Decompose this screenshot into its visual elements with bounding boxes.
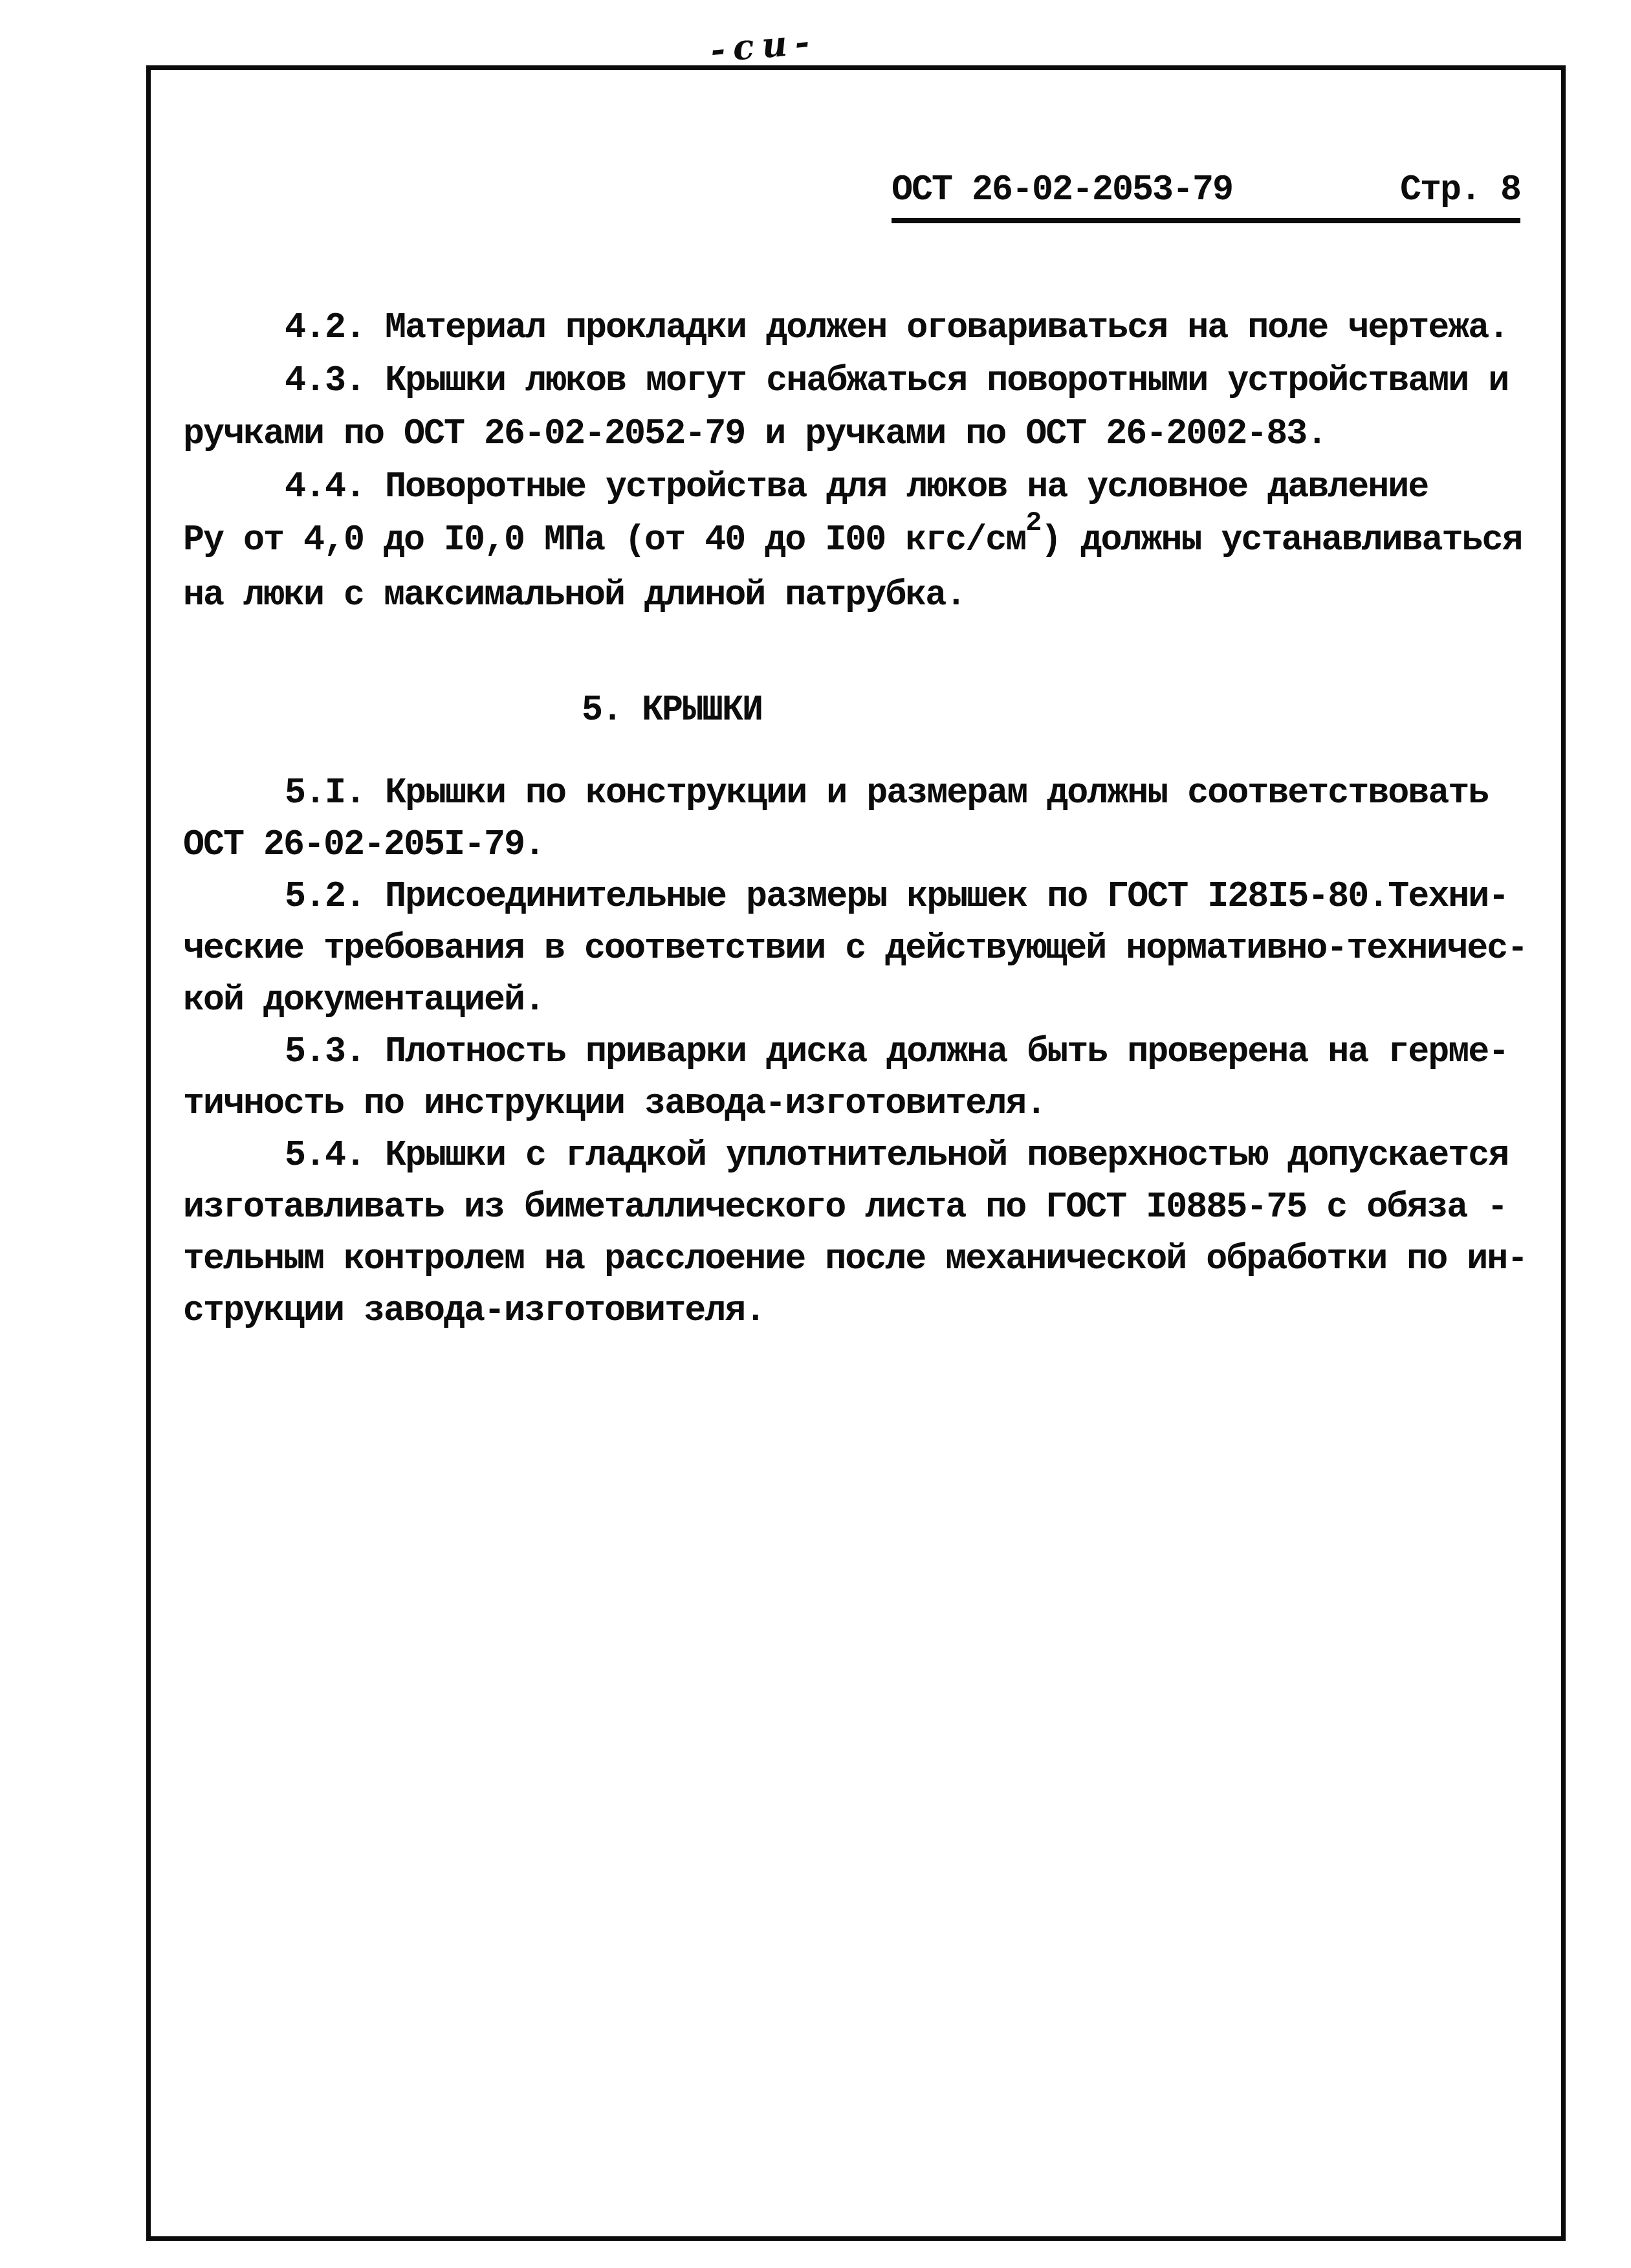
text-line: 5.2. Присоединительные размеры крышек по… — [183, 871, 1561, 923]
document-number: ОСТ 26-02-2053-79 — [892, 170, 1232, 210]
text-segment: Ру от 4,0 до I0,0 МПа (от 40 до I00 кгс/… — [183, 520, 1025, 560]
text-segment: ) должны устанавливаться — [1040, 520, 1522, 560]
text-line: ческие требования в соответствии с дейст… — [183, 923, 1561, 974]
text-line: 4.4. Поворотные устройства для люков на … — [183, 461, 1561, 514]
section-5-text: 5.I. Крышки по конструкции и размерам до… — [183, 767, 1561, 1337]
text-line: кой документацией. — [183, 974, 1561, 1026]
handwritten-mark: -си- — [709, 20, 819, 71]
page-number-label: Стр. 8 — [1400, 170, 1520, 210]
text-line: 5.I. Крышки по конструкции и размерам до… — [183, 767, 1561, 819]
text-line: 5.3. Плотность приварки диска должна быт… — [183, 1026, 1561, 1078]
scanned-page: -си- ОСТ 26-02-2053-79 Стр. 8 4.2. Матер… — [0, 0, 1631, 2268]
text-line: изготавливать из биметаллического листа … — [183, 1182, 1561, 1233]
text-line: на люки с максимальной длиной патрубка. — [183, 569, 1561, 622]
text-line: струкции завода-изготовителя. — [183, 1285, 1561, 1337]
page-header: ОСТ 26-02-2053-79 Стр. 8 — [892, 170, 1520, 223]
text-line: тельным контролем на расслоение после ме… — [183, 1233, 1561, 1285]
text-line: тичность по инструкции завода-изготовите… — [183, 1078, 1561, 1130]
text-line: 5.4. Крышки с гладкой уплотнительной пов… — [183, 1130, 1561, 1182]
superscript-2: 2 — [1025, 496, 1040, 549]
text-line: ручками по ОСТ 26-02-2052-79 и ручками п… — [183, 408, 1561, 461]
section-4-text: 4.2. Материал прокладки должен оговарива… — [183, 302, 1561, 622]
text-line: 4.3. Крышки люков могут снабжаться повор… — [183, 355, 1561, 408]
text-line: ОСТ 26-02-205I-79. — [183, 819, 1561, 871]
section-5-heading: 5. КРЫШКИ — [582, 690, 762, 731]
text-line-with-superscript: Ру от 4,0 до I0,0 МПа (от 40 до I00 кгс/… — [183, 514, 1561, 569]
text-line: 4.2. Материал прокладки должен оговарива… — [183, 302, 1561, 355]
